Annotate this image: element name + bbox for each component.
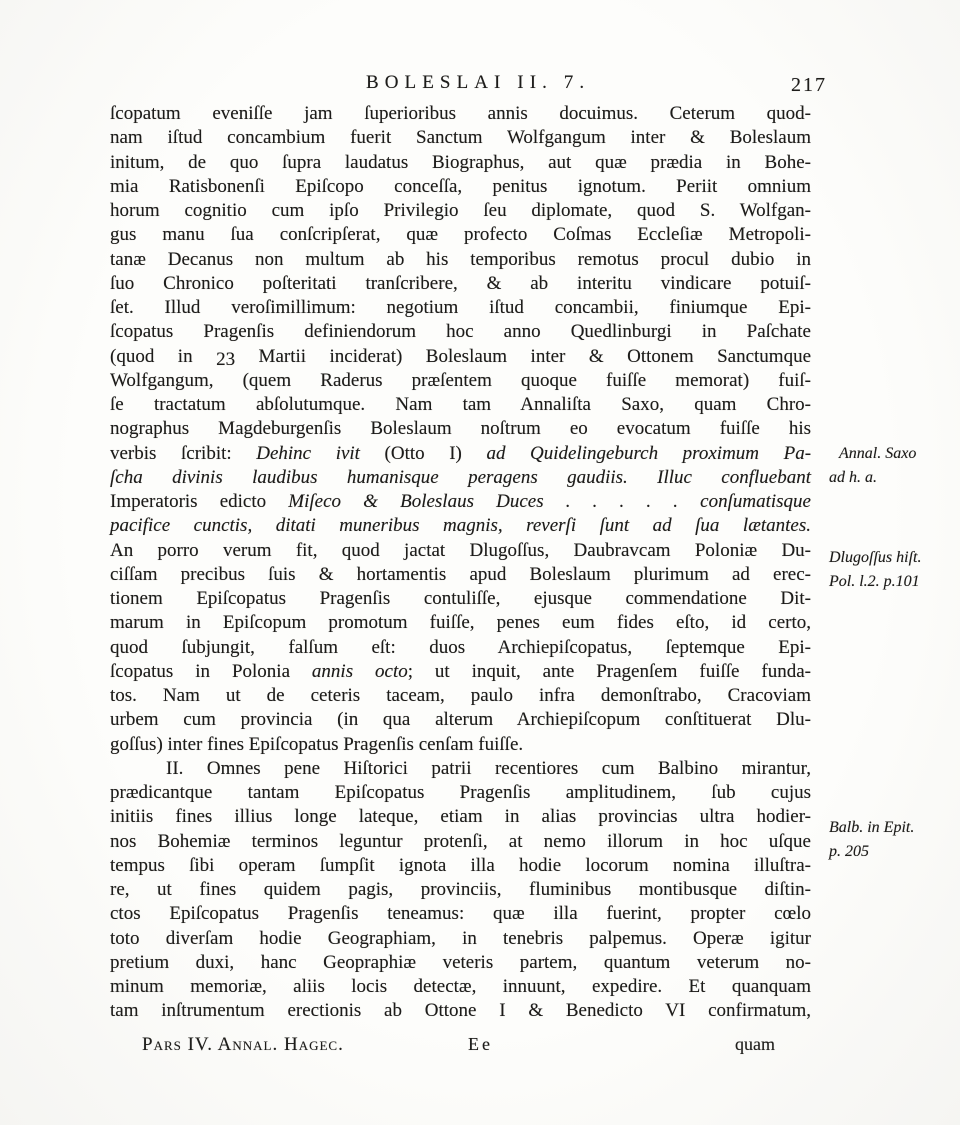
text-line: minum memoriæ, aliis locis detectæ, innu… (110, 975, 811, 999)
text-line: tionem Epiſcopatus Pragenſis contuliſſe,… (110, 587, 811, 611)
text-line: An porro verum fit, quod jactat Dlugoſſu… (110, 539, 811, 563)
text-line: tos. Nam ut de ceteris taceam, paulo inf… (110, 684, 811, 708)
series-title: Pars IV. Annal. Hagec. (142, 1034, 344, 1056)
text-line: nographus Magdeburgenſis Boleslaum noſtr… (110, 417, 811, 441)
footer-signature-line: Pars IV. Annal. Hagec. Ee quam (0, 1034, 960, 1062)
text-segment: gus manu ſua conſcripſerat, quæ profecto… (110, 224, 811, 245)
text-segment: tanæ Decanus non multum ab his temporibu… (110, 249, 811, 270)
text-line: marum in Epiſcopum promotum fuiſſe, pene… (110, 611, 811, 635)
text-segment: verbis ſcribit: (110, 443, 256, 464)
text-segment: marum in Epiſcopum promotum fuiſſe, pene… (110, 612, 811, 633)
text-segment: annis octo (312, 661, 408, 682)
text-segment: ſe tractatum abſolutumque. Nam tam Annal… (110, 394, 811, 415)
text-segment: pretium duxi, hanc Geopraphiæ veteris pa… (110, 952, 811, 973)
text-line: gus manu ſua conſcripſerat, quæ profecto… (110, 223, 811, 247)
text-segment: Miſeco & Boleslaus Duces . . . . . conſu… (288, 491, 811, 512)
text-line: ſet. Illud veroſimillimum: negotium iſtu… (110, 296, 811, 320)
text-segment: quod ſubjungit, falſum eſt: duos Archiep… (110, 637, 811, 658)
margin-note-line: ad h. a. (829, 466, 955, 490)
text-line: goſſus) inter fines Epiſcopatus Pragenſi… (110, 733, 811, 757)
text-segment: nos Bohemiæ terminos leguntur protenſi, … (110, 831, 811, 852)
text-segment: horum cognitio cum ipſo Privilegio ſeu d… (110, 200, 811, 221)
text-segment: nam iſtud concambium fuerit Sanctum Wolf… (110, 127, 811, 148)
margin-note-line: Pol. l.2. p.101 (829, 570, 955, 594)
text-segment: ad Quidelingeburch proximum Pa- (486, 443, 811, 464)
text-segment: (Otto I) (385, 443, 487, 464)
text-segment: ſcopatum eveniſſe jam ſuperioribus annis… (110, 103, 811, 124)
book-page: BOLESLAI II. 7. 217 ſcopatum eveniſſe ja… (0, 0, 960, 1125)
text-line: urbem cum provincia (in qua alterum Arch… (110, 708, 811, 732)
text-line: mia Ratisbonenſi Epiſcopo conceſſa, peni… (110, 175, 811, 199)
text-segment: 23 (216, 349, 235, 370)
text-line: initiis fines illius longe lateque, etia… (110, 805, 811, 829)
text-segment: ctos Epiſcopatus Pragenſis teneamus: quæ… (110, 903, 811, 924)
text-line: ctos Epiſcopatus Pragenſis teneamus: quæ… (110, 902, 811, 926)
text-line: verbis ſcribit: Dehinc ivit (Otto I) ad … (110, 442, 811, 466)
text-segment: toto diverſam hodie Geographiam, in tene… (110, 928, 811, 949)
text-line: pretium duxi, hanc Geopraphiæ veteris pa… (110, 951, 811, 975)
text-segment: Dehinc ivit (256, 443, 384, 464)
text-line: prædicantque tantam Epiſcopatus Pragenſi… (110, 781, 811, 805)
text-segment: ; ut inquit, ante Pragenſem fuiſſe funda… (408, 661, 811, 682)
text-segment: ſcopatus in Polonia (110, 661, 312, 682)
text-segment: (quod in (110, 346, 216, 367)
text-segment: mia Ratisbonenſi Epiſcopo conceſſa, peni… (110, 176, 811, 197)
margin-note-line: Dlugoſſus hiſt. (829, 546, 955, 570)
margin-note-dlugossus: Dlugoſſus hiſt. Pol. l.2. p.101 (829, 546, 955, 594)
running-header-title: BOLESLAI II. 7. (366, 72, 590, 94)
text-segment: ciſſam precibus ſuis & hortamentis apud … (110, 564, 811, 585)
text-segment: tam inſtrumentum erectionis ab Ottone I … (110, 1000, 811, 1021)
text-line: tam inſtrumentum erectionis ab Ottone I … (110, 999, 811, 1023)
text-segment: goſſus) inter fines Epiſcopatus Pragenſi… (110, 734, 523, 755)
text-line: ſuo Chronico poſteritati tranſcribere, &… (110, 272, 811, 296)
text-line: horum cognitio cum ipſo Privilegio ſeu d… (110, 199, 811, 223)
text-line: ſcopatum eveniſſe jam ſuperioribus annis… (110, 102, 811, 126)
text-segment: urbem cum provincia (in qua alterum Arch… (110, 709, 811, 730)
text-line: nam iſtud concambium fuerit Sanctum Wolf… (110, 126, 811, 150)
text-line: ſe tractatum abſolutumque. Nam tam Annal… (110, 393, 811, 417)
text-segment: ſuo Chronico poſteritati tranſcribere, &… (110, 273, 811, 294)
margin-note-line: Balb. in Epit. (829, 816, 955, 840)
text-segment: nographus Magdeburgenſis Boleslaum noſtr… (110, 418, 811, 439)
text-segment: tempus ſibi operam ſumpſit ignota illa h… (110, 855, 811, 876)
text-line: pacifice cunctis, ditati muneribus magni… (110, 514, 811, 538)
margin-note-line: Annal. Saxo (829, 442, 955, 466)
margin-note-balbinus: Balb. in Epit. p. 205 (829, 816, 955, 864)
margin-note-annal-saxo: Annal. Saxo ad h. a. (829, 442, 955, 490)
text-line: ciſſam precibus ſuis & hortamentis apud … (110, 563, 811, 587)
text-line: tempus ſibi operam ſumpſit ignota illa h… (110, 854, 811, 878)
text-line: (quod in 23 Martii inciderat) Boleslaum … (110, 345, 811, 369)
text-segment: initiis fines illius longe lateque, etia… (110, 806, 811, 827)
text-segment: ſcopatus Pragenſis definiendorum hoc ann… (110, 321, 811, 342)
text-segment: Martii inciderat) Boleslaum inter & Otto… (235, 346, 811, 367)
signature-mark: Ee (468, 1034, 493, 1055)
text-line: ſcopatus Pragenſis definiendorum hoc ann… (110, 320, 811, 344)
text-segment: ſet. Illud veroſimillimum: negotium iſtu… (110, 297, 811, 318)
text-line: re, ut fines quidem pagis, provinciis, f… (110, 878, 811, 902)
page-number: 217 (791, 74, 827, 97)
text-segment: Wolfgangum, (quem Raderus præſentem quoq… (110, 370, 811, 391)
text-line: II. Omnes pene Hiſtorici patrii recentio… (110, 757, 811, 781)
text-segment: minum memoriæ, aliis locis detectæ, innu… (110, 976, 811, 997)
catchword: quam (735, 1034, 775, 1055)
text-line: ſcha divinis laudibus humanisque peragen… (110, 466, 811, 490)
text-segment: pacifice cunctis, ditati muneribus magni… (110, 515, 811, 536)
text-segment: ſcha divinis laudibus humanisque peragen… (110, 467, 811, 488)
margin-note-line: p. 205 (829, 840, 955, 864)
text-line: toto diverſam hodie Geographiam, in tene… (110, 927, 811, 951)
text-segment: tionem Epiſcopatus Pragenſis contuliſſe,… (110, 588, 811, 609)
text-segment: An porro verum fit, quod jactat Dlugoſſu… (110, 540, 811, 561)
text-line: tanæ Decanus non multum ab his temporibu… (110, 248, 811, 272)
text-line: quod ſubjungit, falſum eſt: duos Archiep… (110, 636, 811, 660)
text-segment: tos. Nam ut de ceteris taceam, paulo inf… (110, 685, 811, 706)
text-segment: prædicantque tantam Epiſcopatus Pragenſi… (110, 782, 811, 803)
text-line: nos Bohemiæ terminos leguntur protenſi, … (110, 830, 811, 854)
text-segment: initum, de quo ſupra laudatus Biographus… (110, 152, 811, 173)
text-segment: II. Omnes pene Hiſtorici patrii recentio… (166, 758, 811, 779)
text-segment: Imperatoris edicto (110, 491, 288, 512)
body-text: ſcopatum eveniſſe jam ſuperioribus annis… (110, 102, 811, 1024)
text-segment: re, ut fines quidem pagis, provinciis, f… (110, 879, 811, 900)
text-line: ſcopatus in Polonia annis octo; ut inqui… (110, 660, 811, 684)
text-line: initum, de quo ſupra laudatus Biographus… (110, 151, 811, 175)
text-line: Imperatoris edicto Miſeco & Boleslaus Du… (110, 490, 811, 514)
text-line: Wolfgangum, (quem Raderus præſentem quoq… (110, 369, 811, 393)
